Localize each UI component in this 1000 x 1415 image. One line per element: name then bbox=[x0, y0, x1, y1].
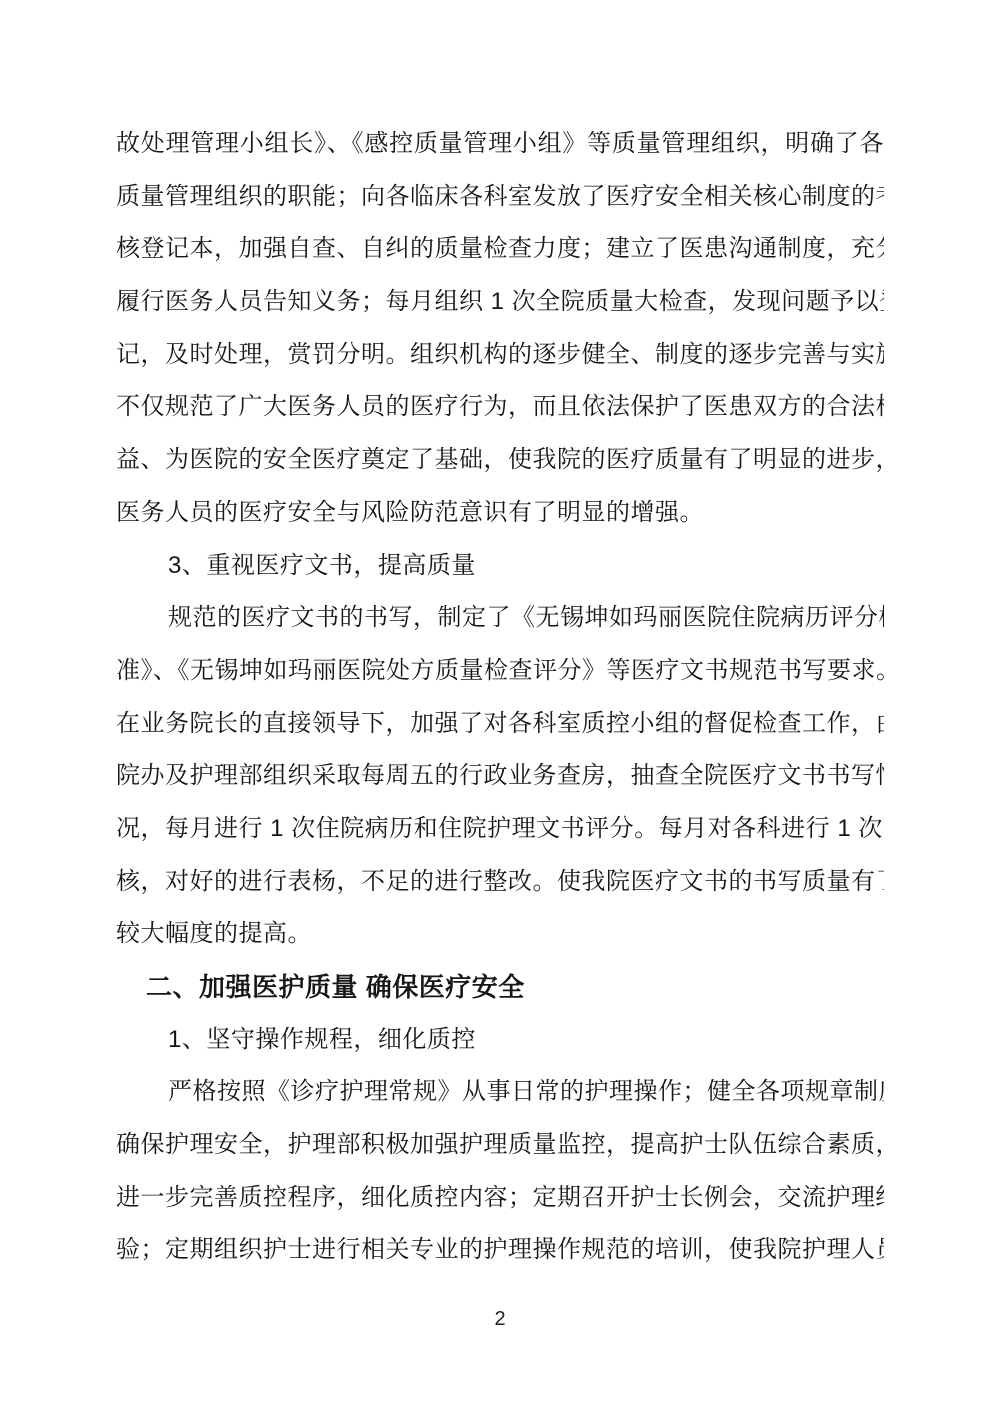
text-line: 益、为医院的安全医疗奠定了基础，使我院的医疗质量有了明显的进步， bbox=[116, 434, 884, 487]
page-number: 2 bbox=[0, 1308, 1000, 1331]
text-line: 质量管理组织的职能；向各临床各科室发放了医疗安全相关核心制度的考 bbox=[116, 171, 884, 224]
text-line: 记，及时处理，赏罚分明。组织机构的逐步健全、制度的逐步完善与实施 bbox=[116, 329, 884, 382]
text-line: 况，每月进行 1 次住院病历和住院护理文书评分。每月对各科进行 1 次考 bbox=[116, 803, 884, 856]
text-line: 医务人员的医疗安全与风险防范意识有了明显的增强。 bbox=[116, 487, 884, 540]
document-page: 故处理管理小组长》、《感控质量管理小组》等质量管理组织，明确了各质量管理组织的职… bbox=[0, 0, 1000, 1415]
text-line: 较大幅度的提高。 bbox=[116, 908, 884, 961]
text-line: 履行医务人员告知义务；每月组织 1 次全院质量大检查，发现问题予以登 bbox=[116, 276, 884, 329]
text-line: 严格按照《诊疗护理常规》从事日常的护理操作；健全各项规章制度 bbox=[116, 1066, 884, 1119]
text-line: 准》、《无锡坤如玛丽医院处方质量检查评分》等医疗文书规范书写要求。 bbox=[116, 645, 884, 698]
text-line: 核登记本，加强自查、自纠的质量检查力度；建立了医患沟通制度，充分 bbox=[116, 223, 884, 276]
text-line: 核，对好的进行表杨，不足的进行整改。使我院医疗文书的书写质量有了 bbox=[116, 856, 884, 909]
text-line: 不仅规范了广大医务人员的医疗行为，而且依法保护了医患双方的合法权 bbox=[116, 381, 884, 434]
text-line: 规范的医疗文书的书写，制定了《无锡坤如玛丽医院住院病历评分标 bbox=[116, 592, 884, 645]
text-line: 确保护理安全，护理部积极加强护理质量监控，提高护士队伍综合素质， bbox=[116, 1119, 884, 1172]
text-line: 院办及护理部组织采取每周五的行政业务查房，抽查全院医疗文书书写情 bbox=[116, 750, 884, 803]
text-line: 进一步完善质控程序，细化质控内容；定期召开护士长例会，交流护理经 bbox=[116, 1172, 884, 1225]
text-line: 3、重视医疗文书，提高质量 bbox=[116, 540, 884, 593]
document-body: 故处理管理小组长》、《感控质量管理小组》等质量管理组织，明确了各质量管理组织的职… bbox=[116, 118, 884, 1277]
text-line: 故处理管理小组长》、《感控质量管理小组》等质量管理组织，明确了各 bbox=[116, 118, 884, 171]
text-line: 在业务院长的直接领导下，加强了对各科室质控小组的督促检查工作，由 bbox=[116, 698, 884, 751]
text-line: 1、坚守操作规程，细化质控 bbox=[116, 1014, 884, 1067]
section-heading-line: 二、加强医护质量 确保医疗安全 bbox=[116, 961, 884, 1014]
text-line: 验；定期组织护士进行相关专业的护理操作规范的培训，使我院护理人员 bbox=[116, 1224, 884, 1277]
